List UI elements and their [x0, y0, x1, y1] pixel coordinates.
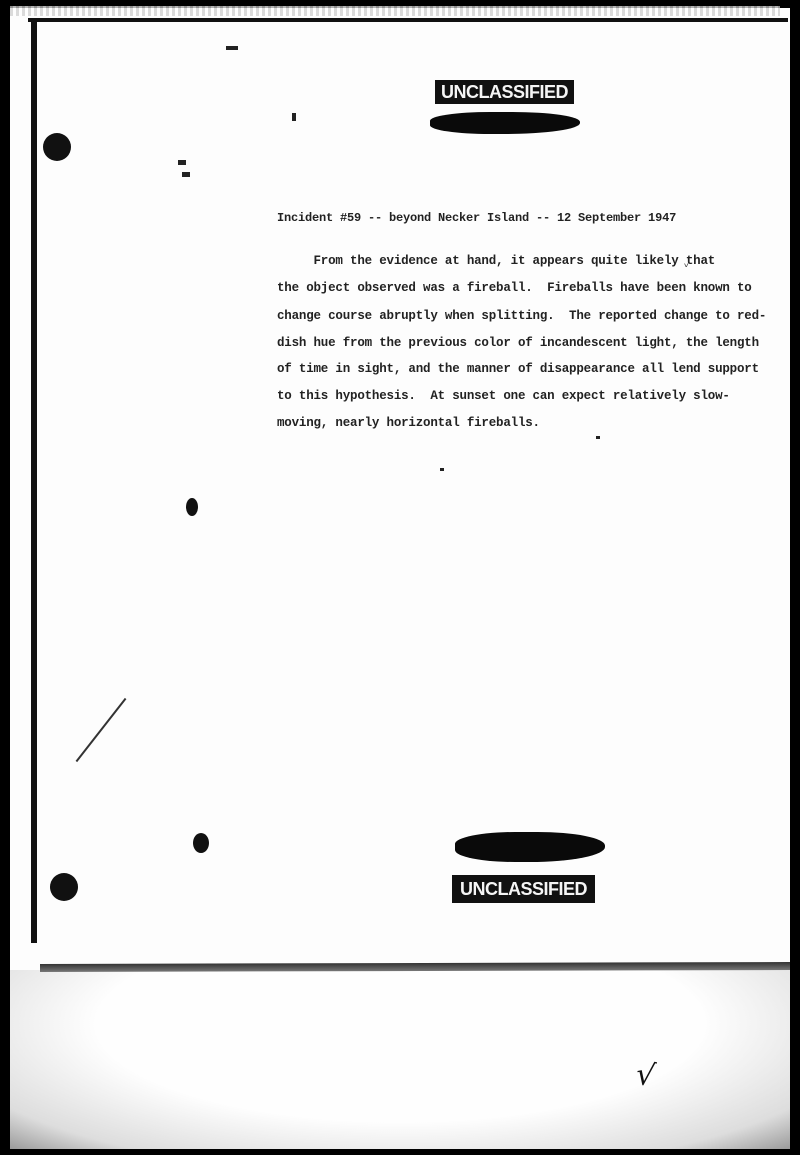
classification-stamp-bottom: UNCLASSIFIED	[452, 875, 595, 903]
ink-blot	[186, 498, 198, 516]
scan-speck	[292, 113, 296, 121]
scan-left-border	[0, 0, 10, 1155]
scan-speck	[440, 468, 444, 471]
ink-blot	[193, 833, 209, 853]
binding-margin-line	[31, 18, 37, 943]
incident-heading: Incident #59 -- beyond Necker Island -- …	[277, 211, 676, 225]
scan-speck	[226, 46, 238, 50]
scan-right-border	[790, 0, 800, 1155]
margin-annotation: ᵛ	[684, 260, 689, 274]
scan-lower-area	[10, 970, 790, 1150]
classification-stamp-top: UNCLASSIFIED	[435, 80, 574, 104]
body-line: of time in sight, and the manner of disa…	[277, 362, 759, 376]
page-top-edge-line	[28, 18, 788, 22]
scan-speck	[178, 160, 186, 165]
redaction-mark-top	[430, 112, 580, 134]
scan-speck	[596, 436, 600, 439]
body-line: moving, nearly horizontal fireballs.	[277, 416, 540, 430]
body-line: dish hue from the previous color of inca…	[277, 336, 759, 350]
body-line: to this hypothesis. At sunset one can ex…	[277, 389, 730, 403]
punch-hole-top	[43, 133, 71, 161]
scan-bottom-border	[0, 1149, 800, 1155]
redaction-mark-bottom	[455, 832, 605, 862]
scan-top-edge	[10, 6, 780, 16]
body-line: the object observed was a fireball. Fire…	[277, 281, 752, 295]
scan-speck	[182, 172, 190, 177]
body-line: From the evidence at hand, it appears qu…	[277, 254, 715, 268]
punch-hole-bottom	[50, 873, 78, 901]
body-line: change course abruptly when splitting. T…	[277, 309, 766, 323]
